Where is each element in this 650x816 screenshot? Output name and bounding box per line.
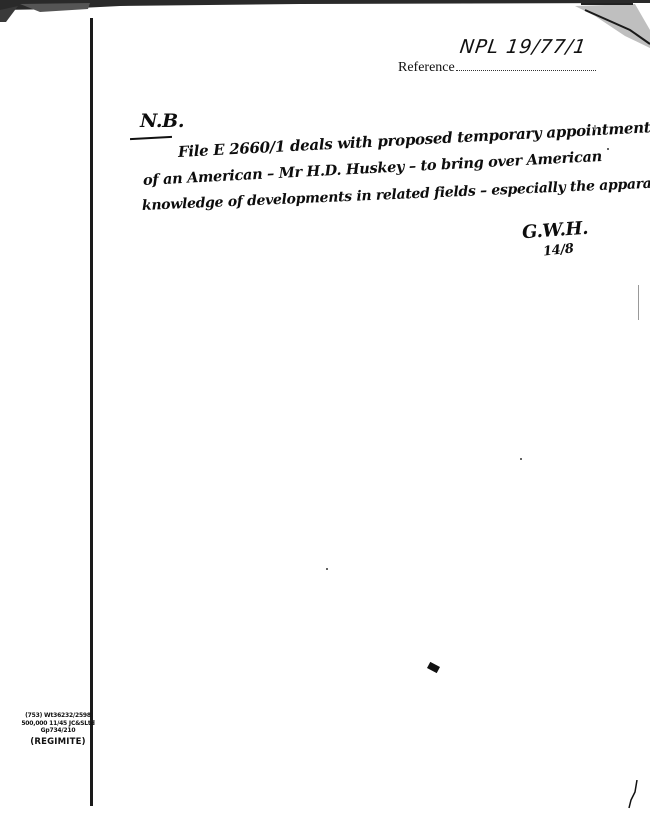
page-edge-curl bbox=[628, 780, 638, 810]
printer-imprint: (753) Wt36232/2598 500,000 11/45 JC&SLtd… bbox=[18, 712, 98, 746]
left-margin-rule bbox=[90, 18, 93, 806]
imprint-brand: (REGIMITE) bbox=[18, 739, 98, 747]
scanned-document-page: NPL 19/77/1 Reference N.B. File E 2660/1… bbox=[0, 0, 650, 816]
reference-field: Reference bbox=[398, 60, 596, 76]
scan-speck bbox=[607, 148, 609, 150]
reference-dotted-line bbox=[456, 70, 596, 71]
right-edge-mark bbox=[638, 285, 639, 320]
note-heading: N.B. bbox=[140, 110, 184, 132]
imprint-line-3: Gp734/210 bbox=[18, 727, 98, 735]
imprint-line-1: (753) Wt36232/2598 bbox=[18, 712, 98, 720]
scan-speck bbox=[326, 568, 328, 570]
heading-underline bbox=[130, 136, 172, 140]
scan-speck bbox=[520, 458, 522, 460]
signature-date: 14/8 bbox=[542, 241, 574, 259]
imprint-line-2: 500,000 11/45 JC&SLtd bbox=[18, 720, 98, 728]
reference-code: NPL 19/77/1 bbox=[458, 36, 588, 58]
ink-blot bbox=[427, 662, 440, 673]
scan-speck bbox=[594, 125, 596, 130]
signature-initials: G.W.H. bbox=[521, 218, 588, 244]
reference-label: Reference bbox=[398, 60, 455, 75]
scan-edge-shadow bbox=[0, 0, 650, 22]
